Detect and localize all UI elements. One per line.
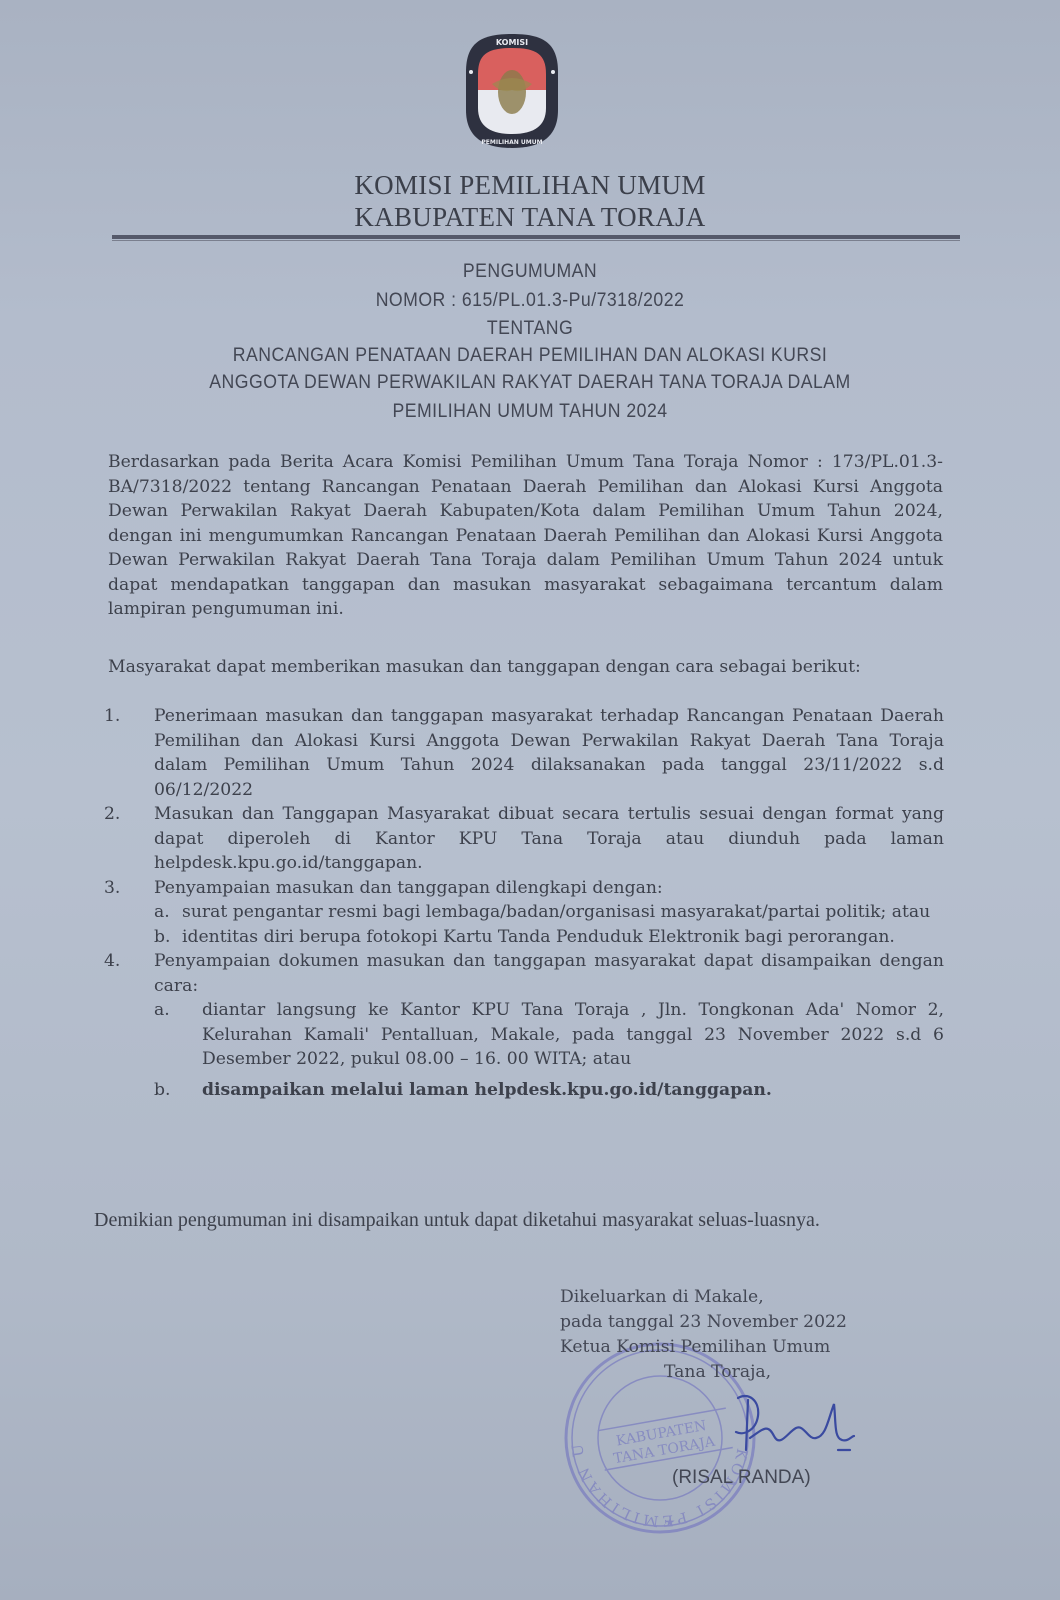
subject-line-1: RANCANGAN PENATAAN DAERAH PEMILIHAN DAN … — [37, 345, 1023, 367]
letterhead-rule — [112, 235, 960, 239]
announcement-document: KOMISI PEMILIHAN UMUM KOMISI PEMILIHAN U… — [0, 0, 1060, 1600]
issued-date: pada tanggal 23 November 2022 — [560, 1310, 940, 1335]
item-number: 2. — [104, 802, 154, 876]
signatory-title: Ketua Komisi Pemilihan Umum — [560, 1335, 940, 1360]
sub-item-letter: b. — [154, 1078, 202, 1103]
sub-item: b. identitas diri berupa fotokopi Kartu … — [154, 925, 944, 950]
sub-item-letter: b. — [154, 925, 182, 950]
item-number: 1. — [104, 704, 154, 802]
handwritten-signature-icon — [730, 1390, 860, 1460]
announcement-number: NOMOR : 615/PL.01.3-Pu/7318/2022 — [37, 290, 1023, 312]
sub-item: a. diantar langsung ke Kantor KPU Tana T… — [154, 998, 944, 1072]
item-text: Penerimaan masukan dan tanggapan masyara… — [154, 704, 944, 802]
announcement-about: TENTANG — [37, 318, 1023, 340]
svg-text:KOMISI: KOMISI — [496, 38, 528, 47]
list-item: 2. Masukan dan Tanggapan Masyarakat dibu… — [104, 802, 944, 876]
signatory-name: (RISAL RANDA) — [672, 1467, 811, 1489]
signatory-title-2: Tana Toraja, — [560, 1360, 940, 1385]
svg-text:★: ★ — [665, 1515, 676, 1529]
item-number: 4. — [104, 949, 154, 1102]
sub-item-text: diantar langsung ke Kantor KPU Tana Tora… — [202, 998, 944, 1072]
intro-paragraph: Berdasarkan pada Berita Acara Komisi Pem… — [108, 450, 943, 622]
procedure-list: 1. Penerimaan masukan dan tanggapan masy… — [104, 704, 944, 1102]
subject-line-2: ANGGOTA DEWAN PERWAKILAN RAKYAT DAERAH T… — [37, 372, 1023, 394]
sub-item: b. disampaikan melalui laman helpdesk.kp… — [154, 1078, 944, 1103]
kpu-emblem-icon: KOMISI PEMILIHAN UMUM — [462, 32, 562, 150]
helpdesk-link-text: disampaikan melalui laman helpdesk.kpu.g… — [202, 1078, 944, 1103]
letterhead-rule-thin — [112, 240, 960, 241]
sub-item-letter: a. — [154, 900, 182, 925]
closing-paragraph: Demikian pengumuman ini disampaikan untu… — [94, 1207, 944, 1233]
subject-line-3: PEMILIHAN UMUM TAHUN 2024 — [37, 401, 1023, 423]
signature-block: Dikeluarkan di Makale, pada tanggal 23 N… — [560, 1285, 940, 1385]
item-text: Penyampaian masukan dan tanggapan dileng… — [154, 876, 944, 901]
item-text: Penyampaian dokumen masukan dan tanggapa… — [154, 949, 944, 998]
list-item: 4. Penyampaian dokumen masukan dan tangg… — [104, 949, 944, 1102]
method-paragraph: Masyarakat dapat memberikan masukan dan … — [108, 655, 943, 680]
letterhead-line-2: KABUPATEN TANA TORAJA — [0, 202, 1060, 233]
svg-text:PEMILIHAN UMUM: PEMILIHAN UMUM — [481, 139, 542, 146]
sub-item-letter: a. — [154, 998, 202, 1072]
sub-item: a. surat pengantar resmi bagi lembaga/ba… — [154, 900, 944, 925]
sub-item-text: identitas diri berupa fotokopi Kartu Tan… — [182, 925, 944, 950]
item-text: Masukan dan Tanggapan Masyarakat dibuat … — [154, 802, 944, 876]
list-item: 1. Penerimaan masukan dan tanggapan masy… — [104, 704, 944, 802]
letterhead-line-1: KOMISI PEMILIHAN UMUM — [0, 170, 1060, 201]
announcement-type: PENGUMUMAN — [37, 261, 1023, 283]
list-item: 3. Penyampaian masukan dan tanggapan dil… — [104, 876, 944, 950]
issued-place: Dikeluarkan di Makale, — [560, 1285, 940, 1310]
sub-item-text: surat pengantar resmi bagi lembaga/badan… — [182, 900, 944, 925]
item-number: 3. — [104, 876, 154, 950]
